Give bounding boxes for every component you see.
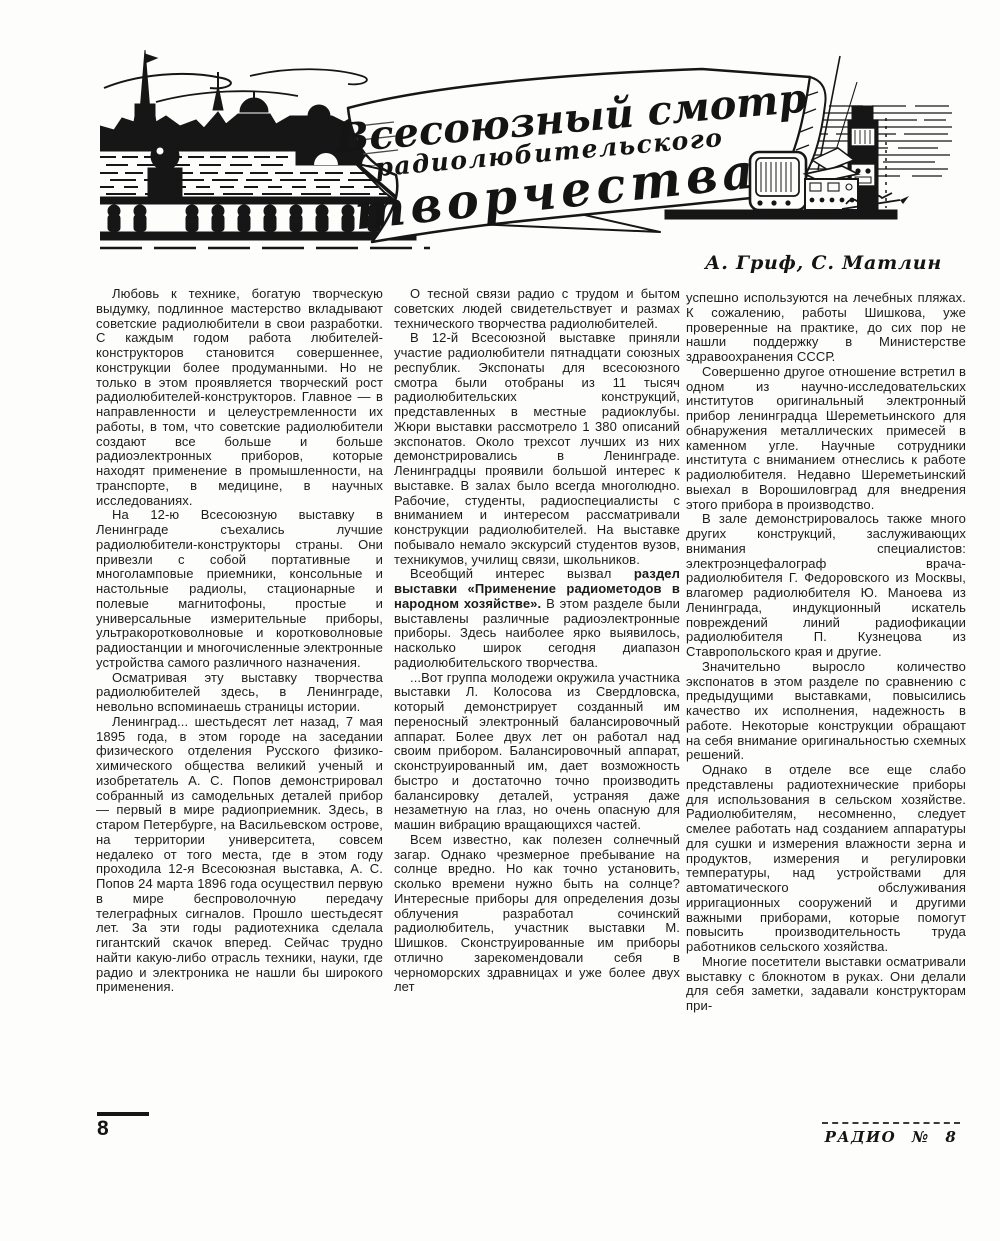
paragraph: На 12-ю Всесоюзную выставку в Ленинграде… <box>96 508 383 670</box>
paragraph: Всем известно, как полезен солнечный заг… <box>394 833 680 995</box>
page-number-block: 8 <box>97 1112 149 1141</box>
page-number-rule <box>97 1112 149 1116</box>
journal-footer-rule <box>822 1122 960 1124</box>
page-number: 8 <box>97 1117 149 1141</box>
table-radio <box>750 152 806 210</box>
journal-footer: РАДИО № 8 <box>822 1122 960 1146</box>
paragraph: Ленинград... шестьдесят лет назад, 7 мая… <box>96 715 383 995</box>
magazine-page: Всесоюзный смотр радиолюбительского твор… <box>0 0 1000 1241</box>
journal-name: РАДИО № 8 <box>822 1128 960 1146</box>
paragraph: ...Вот группа молодежи окружила участник… <box>394 671 680 833</box>
paragraph-with-emphasis: Всеобщий интерес вызвал раздел выставки … <box>394 567 680 670</box>
column-1: Любовь к технике, богатую творческую выд… <box>96 287 383 995</box>
header-artwork: Всесоюзный смотр радиолюбительского твор… <box>100 48 970 260</box>
paragraph: Осматривая эту выставку творчества радио… <box>96 671 383 715</box>
paragraph: В зале демонстрировалось также много дру… <box>686 512 966 660</box>
paragraph: Совершенно другое отношение встретил в о… <box>686 365 966 513</box>
paragraph-text: Всеобщий интерес вызвал <box>410 566 634 581</box>
paragraph: О тесной связи радио с трудом и бытом со… <box>394 287 680 331</box>
paragraph: успешно используются на лечебных пляжах.… <box>686 291 966 365</box>
paragraph: В 12-й Всесоюзной выставке приняли участ… <box>394 331 680 567</box>
paragraph: Многие посетители выставки осматривали в… <box>686 955 966 1014</box>
column-3: успешно используются на лечебных пляжах.… <box>686 291 966 1014</box>
paragraph: Значительно выросло количество экспонато… <box>686 660 966 763</box>
paragraph: Любовь к технике, богатую творческую выд… <box>96 287 383 508</box>
byline: А. Гриф, С. Матлин <box>522 252 942 274</box>
paragraph: Однако в отделе все еще слабо представле… <box>686 763 966 955</box>
column-2: О тесной связи радио с трудом и бытом со… <box>394 287 680 995</box>
